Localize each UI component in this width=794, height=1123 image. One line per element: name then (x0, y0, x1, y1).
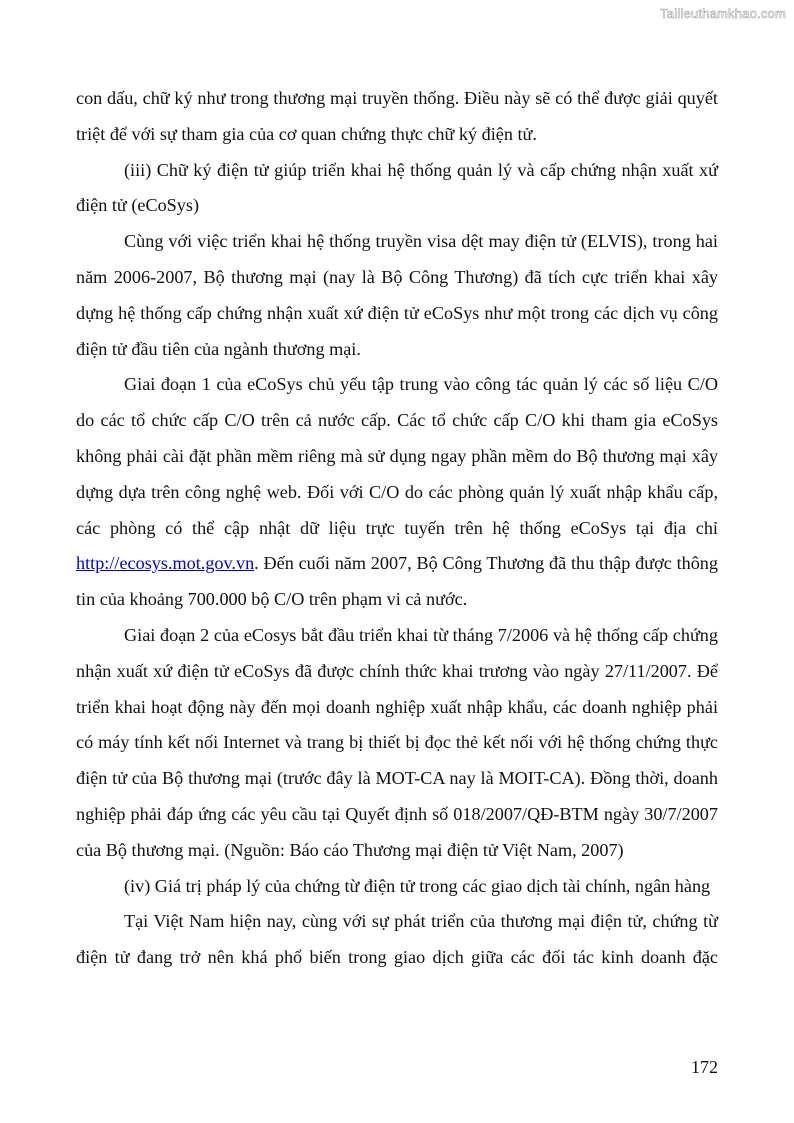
paragraph-elvis: Cùng với việc triển khai hệ thống truyền… (76, 224, 718, 367)
section-heading-iii: (iii) Chữ ký điện tử giúp triển khai hệ … (76, 153, 718, 225)
paragraph-vietnam: Tại Việt Nam hiện nay, cùng với sự phát … (76, 904, 718, 976)
page-number: 172 (668, 1057, 718, 1078)
document-body: con dấu, chữ ký như trong thương mại tru… (76, 81, 718, 976)
ecosys-link[interactable]: http://ecosys.mot.gov.vn (76, 553, 254, 573)
paragraph-phase-1: Giai đoạn 1 của eCoSys chủ yếu tập trung… (76, 367, 718, 618)
watermark: Tailieuthamkhao.com (660, 6, 786, 21)
section-heading-iv: (iv) Giá trị pháp lý của chứng từ điện t… (76, 869, 718, 905)
paragraph-phase-2: Giai đoạn 2 của eCosys bắt đầu triển kha… (76, 618, 718, 869)
phase-1-text: Giai đoạn 1 của eCoSys chủ yếu tập trung… (76, 374, 718, 537)
paragraph-continuation: con dấu, chữ ký như trong thương mại tru… (76, 81, 718, 153)
